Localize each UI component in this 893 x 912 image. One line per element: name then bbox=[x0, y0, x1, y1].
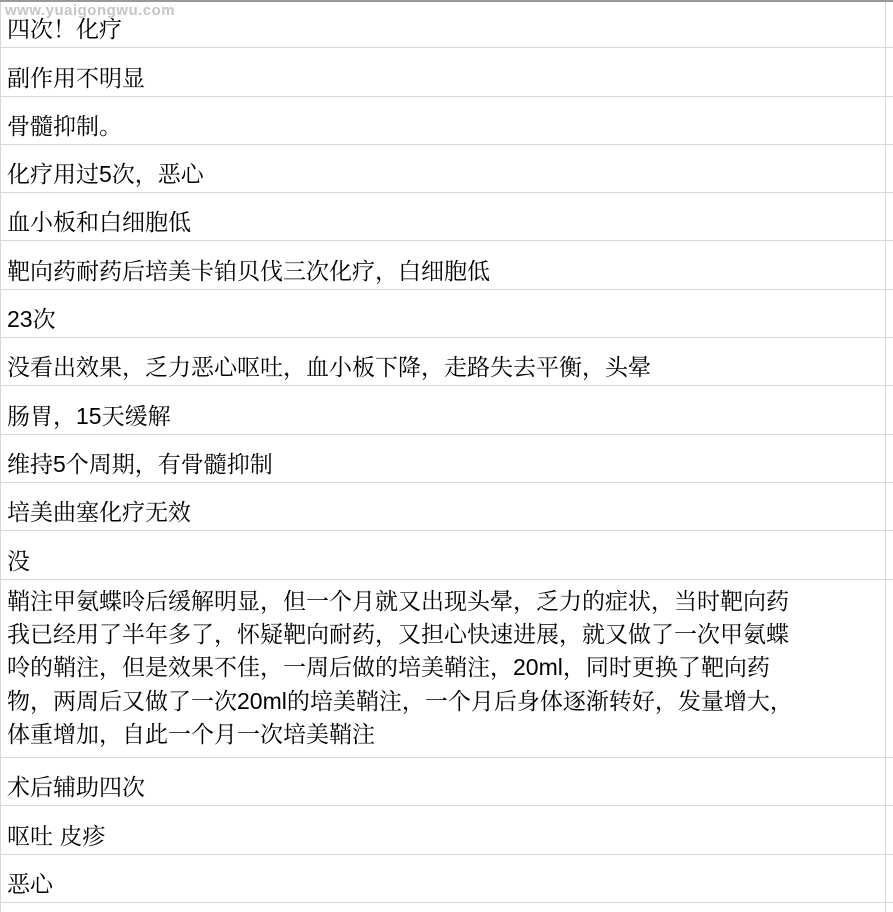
table-body: 四次！化疗 副作用不明显 骨髓抑制。 化疗用过5次，恶心 血小板和白细胞低 靶向… bbox=[0, 0, 893, 903]
spreadsheet: www.yuaigongwu.com 四次！化疗 副作用不明显 骨髓抑制。 化疗… bbox=[0, 0, 893, 912]
table-row[interactable]: 靶向药耐药后培美卡铂贝伐三次化疗，白细胞低 bbox=[0, 241, 893, 289]
watermark: www.yuaigongwu.com bbox=[5, 2, 175, 19]
table-row[interactable]: 没看出效果，乏力恶心呕吐，血小板下降，走路失去平衡，头晕 bbox=[0, 338, 893, 386]
table-row[interactable]: 呕吐 皮疹 bbox=[0, 806, 893, 854]
cell-text: 肠胃，15天缓解 bbox=[0, 402, 179, 434]
cell-text: 恶心 bbox=[0, 870, 61, 902]
cell-text: 呕吐 皮疹 bbox=[0, 822, 113, 854]
table-row[interactable]: 23次 bbox=[0, 290, 893, 338]
table-row[interactable]: 恶心 bbox=[0, 855, 893, 903]
cell-text: 血小板和白细胞低 bbox=[0, 208, 199, 240]
cell-text: 维持5个周期，有骨髓抑制 bbox=[0, 450, 281, 482]
cell-text: 化疗用过5次，恶心 bbox=[0, 160, 212, 192]
table-row[interactable]: 维持5个周期，有骨髓抑制 bbox=[0, 435, 893, 483]
cell-text: 靶向药耐药后培美卡铂贝伐三次化疗，白细胞低 bbox=[0, 257, 498, 289]
cell-text: 四次！化疗 bbox=[0, 15, 130, 47]
cell-text: 骨髓抑制。 bbox=[0, 112, 130, 144]
cell-text: 副作用不明显 bbox=[0, 64, 153, 96]
right-column-gridline bbox=[885, 2, 886, 912]
cell-text: 没看出效果，乏力恶心呕吐，血小板下降，走路失去平衡，头晕 bbox=[0, 353, 659, 385]
table-row[interactable]: 化疗用过5次，恶心 bbox=[0, 145, 893, 193]
table-row[interactable]: 培美曲塞化疗无效 bbox=[0, 483, 893, 531]
cell-text: 培美曲塞化疗无效 bbox=[0, 498, 199, 530]
table-row[interactable]: 鞘注甲氨蝶呤后缓解明显，但一个月就又出现头晕，乏力的症状，当时靶向药我已经用了半… bbox=[0, 580, 893, 759]
table-row[interactable]: 术后辅助四次 bbox=[0, 758, 893, 806]
table-row[interactable]: 没 bbox=[0, 531, 893, 579]
cell-text: 没 bbox=[0, 547, 38, 579]
table-row[interactable]: 血小板和白细胞低 bbox=[0, 193, 893, 241]
left-column-gridline bbox=[0, 0, 1, 912]
table-row[interactable]: 骨髓抑制。 bbox=[0, 97, 893, 145]
cell-text: 鞘注甲氨蝶呤后缓解明显，但一个月就又出现头晕，乏力的症状，当时靶向药我已经用了半… bbox=[0, 580, 803, 756]
table-row[interactable]: 肠胃，15天缓解 bbox=[0, 386, 893, 434]
table-row[interactable]: 副作用不明显 bbox=[0, 48, 893, 96]
cell-text: 23次 bbox=[0, 305, 64, 337]
cell-text: 术后辅助四次 bbox=[0, 773, 153, 805]
